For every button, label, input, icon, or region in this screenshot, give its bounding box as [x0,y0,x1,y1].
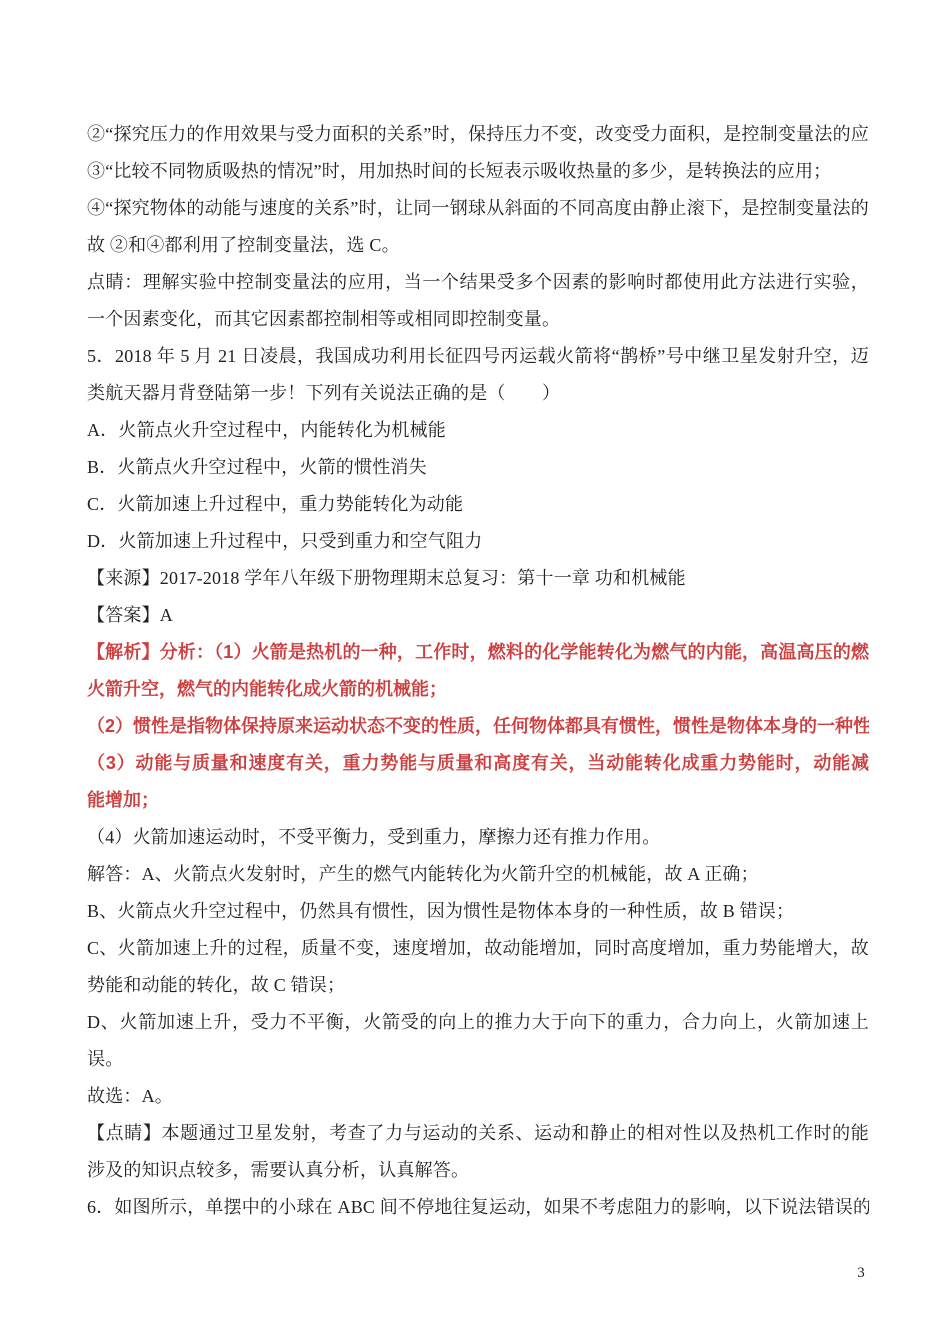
text-line: 解答：A、火箭点火发射时，产生的燃气内能转化为火箭升空的机械能，故 A 正确； [87,856,869,893]
text-line: B、火箭点火升空过程中，仍然具有惯性，因为惯性是物体本身的一种性质，故 B 错误… [87,893,869,930]
text-line: 【答案】A [87,597,869,634]
text-line: 【来源】2017-2018 学年八年级下册物理期末总复习：第十一章 功和机械能 [87,560,869,597]
text-line: 【点睛】本题通过卫星发射，考查了力与运动的关系、运动和静止的相对性以及热机工作时… [87,1115,869,1152]
text-line: （3）动能与质量和速度有关，重力势能与质量和高度有关，当动能转化成重力势能时，动… [87,745,869,782]
text-line: B．火箭点火升空过程中，火箭的惯性消失 [87,449,869,486]
text-line: 势能和动能的转化，故 C 错误； [87,967,869,1004]
text-line: 故 ②和④都利用了控制变量法，选 C。 [87,227,869,264]
text-line: （2）惯性是指物体保持原来运动状态不变的性质，任何物体都具有惯性，惯性是物体本身… [87,708,869,745]
text-line: 6．如图所示，单摆中的小球在 ABC 间不停地往复运动，如果不考虑阻力的影响，以… [87,1189,869,1226]
text-line: 5．2018 年 5 月 21 日凌晨，我国成功利用长征四号丙运载火箭将“鹊桥”… [87,338,869,375]
text-line: D、火箭加速上升，受力不平衡，火箭受的向上的推力大于向下的重力，合力向上，火箭加… [87,1004,869,1041]
document-body: ②“探究压力的作用效果与受力面积的关系”时，保持压力不变，改变受力面积，是控制变… [87,116,869,1226]
text-line: A．火箭点火升空过程中，内能转化为机械能 [87,412,869,449]
text-line: 【解析】分析：（1）火箭是热机的一种，工作时，燃料的化学能转化为燃气的内能，高温… [87,634,869,671]
text-line: 涉及的知识点较多，需要认真分析，认真解答。 [87,1152,869,1189]
text-line: 能增加； [87,782,869,819]
text-line: D．火箭加速上升过程中，只受到重力和空气阻力 [87,523,869,560]
text-line: 点睛：理解实验中控制变量法的应用，当一个结果受多个因素的影响时都使用此方法进行实… [87,264,869,301]
document-page: ②“探究压力的作用效果与受力面积的关系”时，保持压力不变，改变受力面积，是控制变… [0,0,950,1344]
text-line: 一个因素变化，而其它因素都控制相等或相同即控制变量。 [87,301,869,338]
text-line: C、火箭加速上升的过程，质量不变，速度增加，故动能增加，同时高度增加，重力势能增… [87,930,869,967]
text-line: ④“探究物体的动能与速度的关系”时，让同一钢球从斜面的不同高度由静止滚下，是控制… [87,190,869,227]
text-line: 火箭升空，燃气的内能转化成火箭的机械能； [87,671,869,708]
text-line: ③“比较不同物质吸热的情况”时，用加热时间的长短表示吸收热量的多少，是转换法的应… [87,153,869,190]
text-line: 类航天器月背登陆第一步！下列有关说法正确的是（ ） [87,375,869,412]
text-line: ②“探究压力的作用效果与受力面积的关系”时，保持压力不变，改变受力面积，是控制变… [87,116,869,153]
text-line: 误。 [87,1041,869,1078]
text-line: C．火箭加速上升过程中，重力势能转化为动能 [87,486,869,523]
page-number: 3 [848,1261,874,1285]
text-line: 故选：A。 [87,1078,869,1115]
text-line: （4）火箭加速运动时，不受平衡力，受到重力，摩擦力还有推力作用。 [87,819,869,856]
